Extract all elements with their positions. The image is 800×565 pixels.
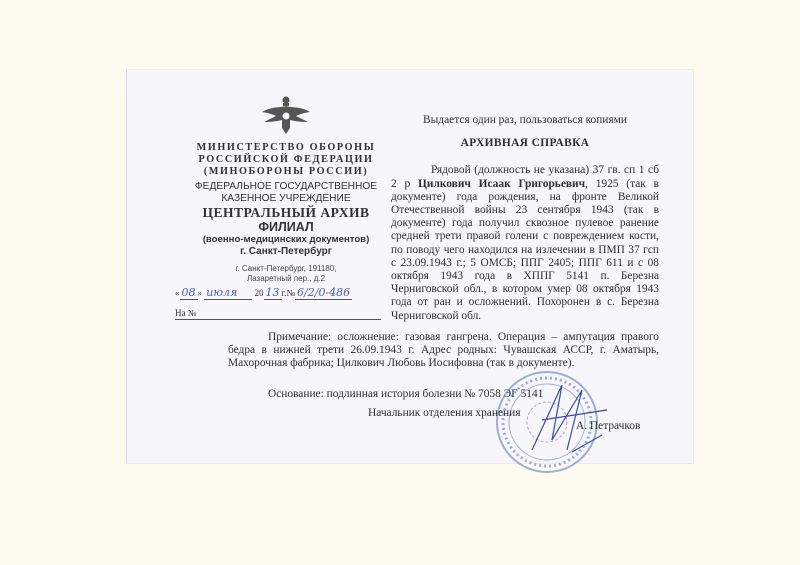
outgoing-date-number: «08» июля 2013г.№6/2/0-486 [175,286,405,300]
reply-to-number: На № [175,308,381,320]
note-paragraph: Примечание: осложнение: газовая гангрена… [228,331,659,371]
branch-label: ФИЛИАЛ [171,220,401,234]
date-month: июля [204,286,252,300]
signer-name: А. Петрачков [576,420,640,432]
branch-city: г. Санкт-Петербург [171,246,401,258]
archive-name: ЦЕНТРАЛЬНЫЙ АРХИВ [171,205,401,220]
branch-type: (военно-медицинских документов) [171,234,401,246]
date-day: 08 [180,286,198,300]
archive-certificate-sheet: МИНИСТЕРСТВО ОБОРОНЫ РОССИЙСКОЙ ФЕДЕРАЦИ… [127,70,693,463]
date-year: 13 [264,286,282,300]
certificate-body: Выдается один раз, пользоваться копиями … [391,114,659,323]
outgoing-number: 6/2/0-486 [295,286,352,300]
issued-once-note: Выдается один раз, пользоваться копиями [391,114,659,127]
letterhead: МИНИСТЕРСТВО ОБОРОНЫ РОССИЙСКОЙ ФЕДЕРАЦИ… [171,94,401,284]
branch-address: г. Санкт-Петербург, 191180, Лазаретный п… [171,264,401,284]
main-paragraph: Рядовой (должность не указана) 37 гв. сп… [391,164,659,322]
signer-title: Начальник отделения хранения [368,407,520,419]
double-headed-eagle-icon [258,94,314,138]
person-name: Цилкович Исаак Григорьевич [418,178,585,190]
ministry-name: МИНИСТЕРСТВО ОБОРОНЫ РОССИЙСКОЙ ФЕДЕРАЦИ… [171,142,401,178]
institution-type: ФЕДЕРАЛЬНОЕ ГОСУДАРСТВЕННОЕ КАЗЕННОЕ УЧР… [171,181,401,205]
document-title: АРХИВНАЯ СПРАВКА [391,137,659,150]
